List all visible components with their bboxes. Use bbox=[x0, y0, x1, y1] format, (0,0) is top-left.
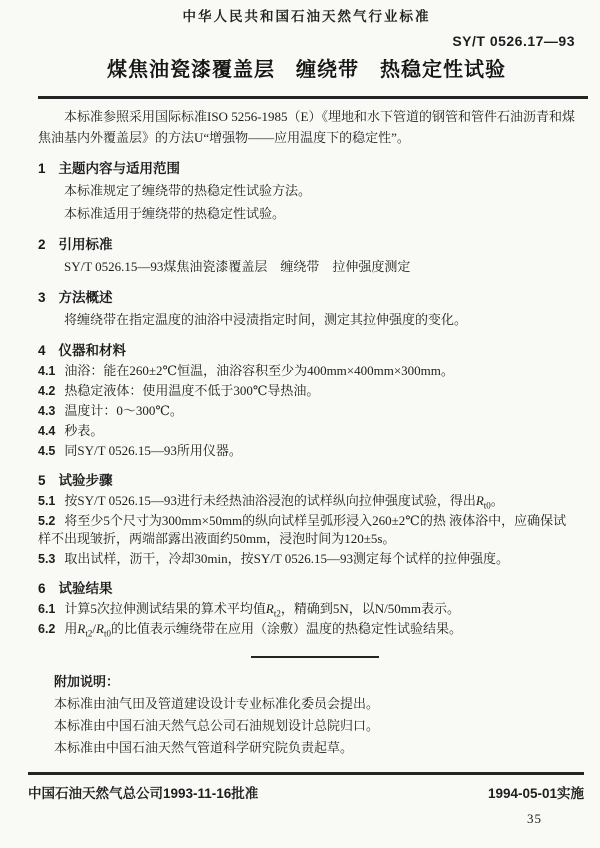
clause-4-2-number: 4.2 bbox=[38, 384, 55, 398]
clause-6-1-rest: ，精确到5N，以N/50mm表示。 bbox=[281, 601, 460, 616]
clause-6-1: 6.1计算5次拉伸测试结果的算术平均值Rt2，精确到5N，以N/50mm表示。 bbox=[38, 600, 575, 618]
clause-4-4-number: 4.4 bbox=[38, 424, 55, 438]
clause-4-5-text: 同SY/T 0526.15—93所用仪器。 bbox=[64, 443, 241, 458]
clause-4-1-text: 油浴：能在260±2℃恒温，油浴容积至少为400mm×400mm×300mm。 bbox=[64, 363, 454, 378]
section-3-title: 方法概述 bbox=[59, 290, 113, 305]
standard-number: SY/T 0526.17—93 bbox=[38, 32, 575, 50]
section-5-number: 5 bbox=[38, 473, 46, 488]
clause-4-4: 4.4秒表。 bbox=[38, 422, 575, 440]
symbol-Rt0-ratio: R bbox=[96, 621, 104, 636]
section-1-paragraph-1: 本标准规定了缠绕带的热稳定性试验方法。 bbox=[38, 181, 575, 201]
section-2-number: 2 bbox=[38, 237, 46, 252]
clause-5-2-text: 将至少5个尺寸为300mm×50mm的纵向试样呈弧形浸入260±2℃的热 液体浴… bbox=[38, 513, 566, 546]
document-title: 煤焦油瓷漆覆盖层 缠绕带 热稳定性试验 bbox=[38, 57, 575, 84]
clause-5-1-text: 按SY/T 0526.15—93进行未经热油浴浸泡的试样纵向拉伸强度试验，得出 bbox=[64, 493, 475, 508]
section-5-heading: 5试验步骤 bbox=[38, 472, 575, 490]
clause-4-2-text: 热稳定液体：使用温度不低于300℃导热油。 bbox=[64, 383, 319, 398]
additional-notes: 附加说明： 本标准由油气田及管道建设设计专业标准化委员会提出。 本标准由中国石油… bbox=[38, 672, 575, 758]
clause-6-2-rest: 的比值表示缠绕带在应用（涂敷）温度的热稳定性试验结果。 bbox=[111, 621, 462, 636]
implementation-date: 1994-05-01实施 bbox=[488, 782, 584, 802]
section-1-paragraph-2: 本标准适用于缠绕带的热稳定性试验。 bbox=[38, 204, 575, 224]
additional-notes-line-3: 本标准由中国石油天然气管道科学研究院负责起草。 bbox=[54, 738, 575, 758]
symbol-Rt2-subscript: t2 bbox=[274, 609, 281, 619]
clause-5-3-number: 5.3 bbox=[38, 552, 55, 566]
section-4-heading: 4仪器和材料 bbox=[38, 342, 575, 360]
section-6-heading: 6试验结果 bbox=[38, 580, 575, 598]
clause-5-2-number: 5.2 bbox=[38, 514, 55, 528]
section-1-heading: 1主题内容与适用范围 bbox=[38, 160, 575, 178]
page-number: 35 bbox=[28, 811, 584, 827]
clause-6-2: 6.2用Rt2/Rt0的比值表示缠绕带在应用（涂敷）温度的热稳定性试验结果。 bbox=[38, 620, 575, 638]
end-of-text-divider bbox=[251, 656, 379, 658]
clause-4-3: 4.3温度计：0～300℃。 bbox=[38, 402, 575, 420]
clause-5-1: 5.1按SY/T 0526.15—93进行未经热油浴浸泡的试样纵向拉伸强度试验，… bbox=[38, 492, 575, 510]
symbol-Rt0-ratio-subscript: t0 bbox=[104, 629, 111, 639]
document-footer: 中国石油天然气总公司1993-11-16批准 1994-05-01实施 35 bbox=[28, 772, 584, 827]
section-4-number: 4 bbox=[38, 343, 46, 358]
symbol-Rt0-subscript: t0 bbox=[484, 501, 491, 511]
clause-4-5: 4.5同SY/T 0526.15—93所用仪器。 bbox=[38, 442, 575, 460]
clause-5-1-number: 5.1 bbox=[38, 494, 55, 508]
additional-notes-line-1: 本标准由油气田及管道建设设计专业标准化委员会提出。 bbox=[54, 694, 575, 714]
clause-4-3-number: 4.3 bbox=[38, 404, 55, 418]
referenced-standard: SY/T 0526.15—93煤焦油瓷漆覆盖层 缠绕带 拉伸强度测定 bbox=[38, 257, 575, 277]
approval-note: 中国石油天然气总公司1993-11-16批准 bbox=[28, 782, 258, 802]
section-3-paragraph: 将缠绕带在指定温度的油浴中浸渍指定时间，测定其拉伸强度的变化。 bbox=[38, 310, 575, 330]
symbol-Rt0: R bbox=[476, 493, 484, 508]
clause-6-1-text: 计算5次拉伸测试结果的算术平均值 bbox=[64, 601, 266, 616]
document-page: 中华人民共和国石油天然气行业标准 SY/T 0526.17—93 煤焦油瓷漆覆盖… bbox=[0, 0, 600, 848]
additional-notes-line-2: 本标准由中国石油天然气总公司石油规划设计总院归口。 bbox=[54, 716, 575, 736]
section-6-number: 6 bbox=[38, 581, 46, 596]
section-5-title: 试验步骤 bbox=[59, 473, 113, 488]
clause-4-3-text: 温度计：0～300℃。 bbox=[64, 403, 183, 418]
clause-6-1-number: 6.1 bbox=[38, 602, 55, 616]
clause-4-1-number: 4.1 bbox=[38, 364, 55, 378]
clause-5-1-period: 。 bbox=[491, 493, 504, 508]
symbol-Rt2: R bbox=[266, 601, 274, 616]
section-3-number: 3 bbox=[38, 290, 46, 305]
additional-notes-heading: 附加说明： bbox=[54, 672, 575, 692]
section-2-heading: 2引用标准 bbox=[38, 236, 575, 254]
section-2-title: 引用标准 bbox=[59, 237, 113, 252]
clause-4-1: 4.1油浴：能在260±2℃恒温，油浴容积至少为400mm×400mm×300m… bbox=[38, 362, 575, 380]
section-1-number: 1 bbox=[38, 161, 46, 176]
section-6-title: 试验结果 bbox=[59, 581, 113, 596]
section-1-title: 主题内容与适用范围 bbox=[59, 161, 181, 176]
section-4-title: 仪器和材料 bbox=[59, 343, 127, 358]
clause-4-5-number: 4.5 bbox=[38, 444, 55, 458]
clause-5-3-text: 取出试样，沥干，冷却30min，按SY/T 0526.15—93测定每个试样的拉… bbox=[64, 551, 509, 566]
intro-paragraph: 本标准参照采用国际标准ISO 5256-1985（E）《埋地和水下管道的钢管和管… bbox=[38, 106, 575, 148]
footer-divider bbox=[28, 772, 584, 775]
clause-4-2: 4.2热稳定液体：使用温度不低于300℃导热油。 bbox=[38, 382, 575, 400]
clause-5-3: 5.3取出试样，沥干，冷却30min，按SY/T 0526.15—93测定每个试… bbox=[38, 550, 575, 568]
clause-5-2: 5.2将至少5个尺寸为300mm×50mm的纵向试样呈弧形浸入260±2℃的热 … bbox=[38, 512, 575, 548]
clause-4-4-text: 秒表。 bbox=[64, 423, 103, 438]
header-divider bbox=[38, 96, 588, 99]
clause-6-2-text: 用 bbox=[64, 621, 77, 636]
section-3-heading: 3方法概述 bbox=[38, 289, 575, 307]
clause-6-2-number: 6.2 bbox=[38, 622, 55, 636]
standard-category-line: 中华人民共和国石油天然气行业标准 bbox=[38, 8, 575, 26]
